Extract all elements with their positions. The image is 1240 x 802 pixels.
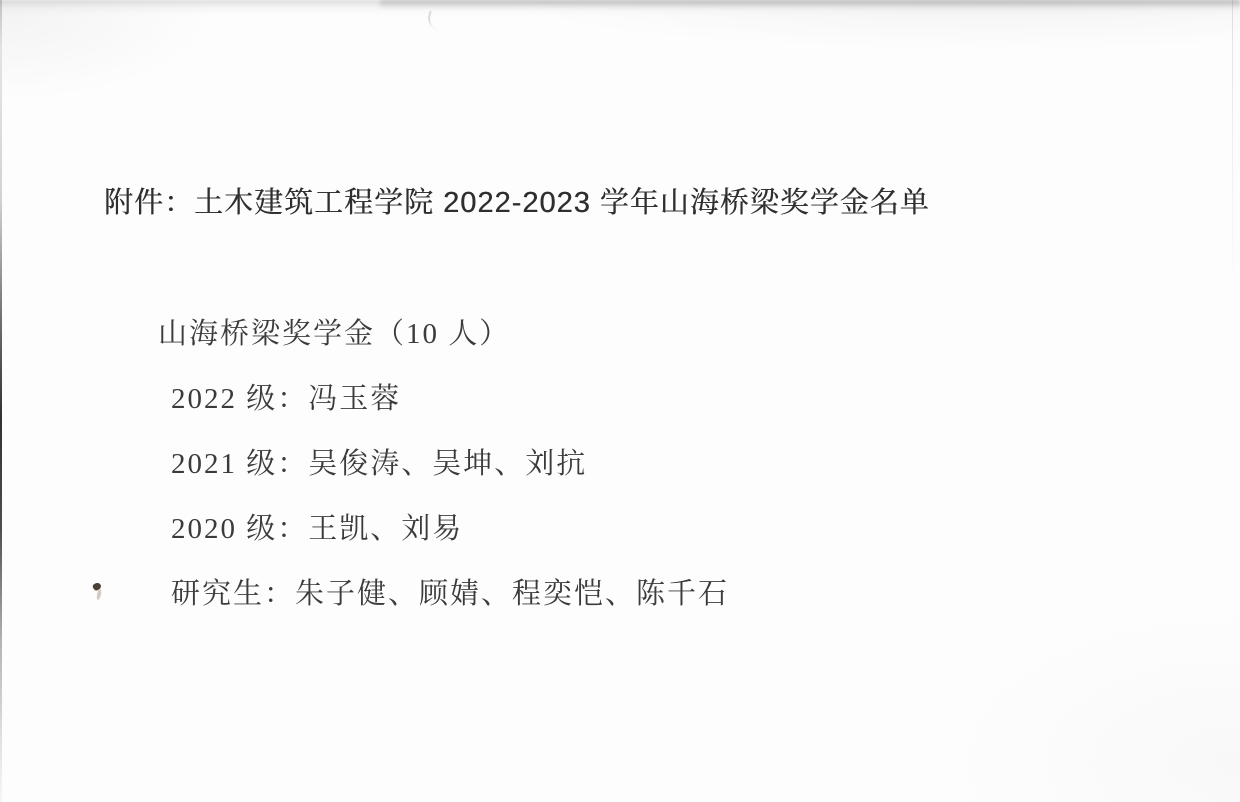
scan-artifact-right-line [1232, 0, 1233, 270]
scholarship-entry: 研究生：朱子健、顾婧、程奕恺、陈千石 [171, 577, 729, 611]
scanned-document-page: 附件：土木建筑工程学院 2022-2023 学年山海桥梁奖学金名单 山海桥梁奖学… [0, 0, 1240, 802]
scratch-artifact [426, 11, 441, 29]
scan-artifact-top-edge-right [380, 0, 1240, 9]
scholarship-entry: 2020 级：王凯、刘易 [171, 512, 729, 546]
ink-speck-artifact [93, 583, 103, 603]
attachment-title: 附件：土木建筑工程学院 2022-2023 学年山海桥梁奖学金名单 [104, 186, 930, 220]
scholarship-entry: 2022 级：冯玉蓉 [171, 382, 729, 416]
scholarship-entries: 2022 级：冯玉蓉2021 级：吴俊涛、吴坤、刘抗2020 级：王凯、刘易研究… [171, 382, 729, 642]
scan-artifact-left-edge [0, 0, 2, 802]
scholarship-entry: 2021 级：吴俊涛、吴坤、刘抗 [171, 447, 729, 481]
scholarship-heading: 山海桥梁奖学金（10 人） [158, 317, 510, 351]
